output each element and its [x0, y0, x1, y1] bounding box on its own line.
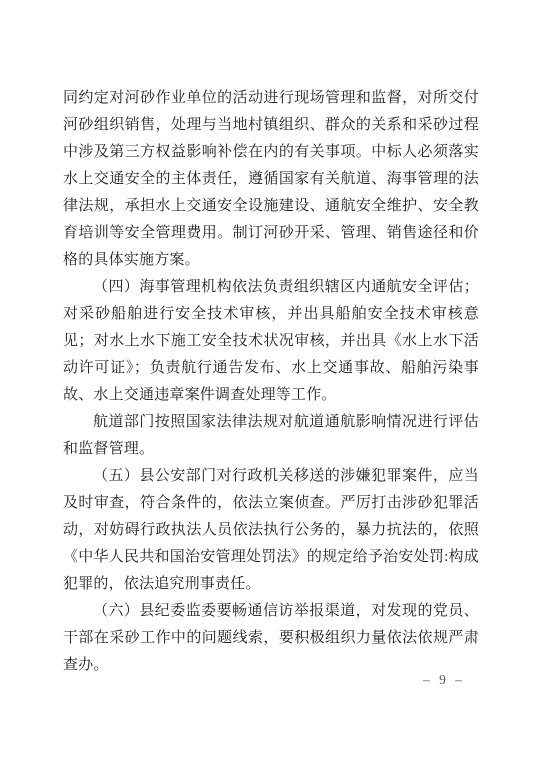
paragraph-item-6: （六）县纪委监委要畅通信访举报渠道，对发现的党员、干部在采砂工作中的问题线索，要…	[63, 598, 479, 679]
paragraph-continuation: 同约定对河砂作业单位的活动进行现场管理和监督，对所交付河砂组织销售，处理与当地村…	[63, 85, 479, 274]
paragraph-item-5: （五）县公安部门对行政机关移送的涉嫌犯罪案件，应当及时审查，符合条件的，依法立案…	[63, 463, 479, 598]
paragraph-item-4: （四）海事管理机构依法负责组织辖区内通航安全评估；对采砂船舶进行安全技术审核，并…	[63, 274, 479, 409]
paragraph-channel-dept: 航道部门按照国家法律法规对航道通航影响情况进行评估和监督管理。	[63, 409, 479, 463]
document-body: 同约定对河砂作业单位的活动进行现场管理和监督，对所交付河砂组织销售，处理与当地村…	[63, 85, 479, 679]
page-number: – 9 –	[423, 672, 465, 688]
document-page: 同约定对河砂作业单位的活动进行现场管理和监督，对所交付河砂组织销售，处理与当地村…	[0, 0, 535, 761]
